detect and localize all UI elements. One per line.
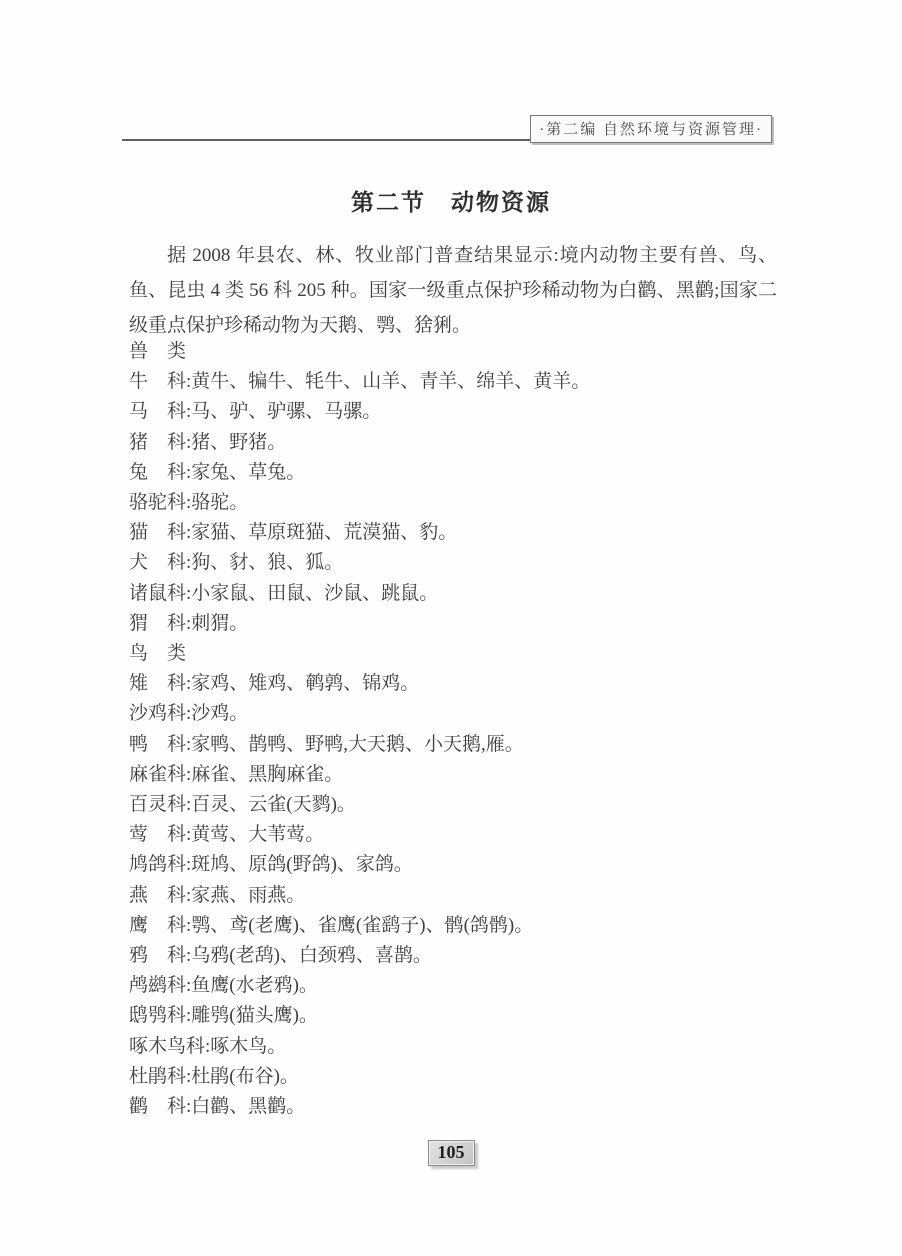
species-line: 杜鹃科:杜鹃(布谷)。: [129, 1062, 779, 1092]
header-rule: [122, 139, 530, 141]
species-line: 鸟 类: [129, 639, 779, 669]
species-line: 鸠鸽科:斑鸠、原鸽(野鸽)、家鸽。: [129, 850, 779, 880]
species-line: 马 科:马、驴、驴骡、马骡。: [129, 397, 779, 427]
section-title: 第二节 动物资源: [0, 184, 902, 217]
running-head-label: ·第二编 自然环境与资源管理·: [530, 115, 772, 143]
species-line: 猪 科:猪、野猪。: [129, 428, 779, 458]
species-line: 啄木鸟科:啄木鸟。: [129, 1032, 779, 1062]
species-line: 麻雀科:麻雀、黑胸麻雀。: [129, 760, 779, 790]
species-list: 兽 类牛 科:黄牛、犏牛、牦牛、山羊、青羊、绵羊、黄羊。马 科:马、驴、驴骡、马…: [129, 337, 779, 1122]
species-line: 猬 科:刺猬。: [129, 609, 779, 639]
page-number-row: 105: [0, 1140, 902, 1166]
species-line: 燕 科:家燕、雨燕。: [129, 881, 779, 911]
book-page: ·第二编 自然环境与资源管理· 第二节 动物资源 据 2008 年县农、林、牧业…: [0, 0, 902, 1256]
species-line: 百灵科:百灵、云雀(天鹨)。: [129, 790, 779, 820]
species-line: 雉 科:家鸡、雉鸡、鹌鹑、锦鸡。: [129, 669, 779, 699]
species-line: 鸭 科:家鸭、鹊鸭、野鸭,大天鹅、小天鹅,雁。: [129, 730, 779, 760]
species-line: 鸦 科:乌鸦(老鸹)、白颈鸦、喜鹊。: [129, 941, 779, 971]
intro-paragraph: 据 2008 年县农、林、牧业部门普查结果显示:境内动物主要有兽、鸟、鱼、昆虫 …: [129, 238, 777, 343]
page-number: 105: [428, 1140, 475, 1166]
species-line: 骆驼科:骆驼。: [129, 488, 779, 518]
species-line: 诸鼠科:小家鼠、田鼠、沙鼠、跳鼠。: [129, 579, 779, 609]
species-line: 鹰 科:鹗、鸢(老鹰)、雀鹰(雀鹞子)、鹘(鸽鹘)。: [129, 911, 779, 941]
species-line: 兔 科:家兔、草兔。: [129, 458, 779, 488]
species-line: 猫 科:家猫、草原斑猫、荒漠猫、豹。: [129, 518, 779, 548]
species-line: 鸱鸮科:雕鸮(猫头鹰)。: [129, 1001, 779, 1031]
species-line: 兽 类: [129, 337, 779, 367]
species-line: 鸬鹚科:鱼鹰(水老鸦)。: [129, 971, 779, 1001]
running-head: ·第二编 自然环境与资源管理·: [122, 115, 772, 143]
species-line: 沙鸡科:沙鸡。: [129, 699, 779, 729]
species-line: 牛 科:黄牛、犏牛、牦牛、山羊、青羊、绵羊、黄羊。: [129, 367, 779, 397]
species-line: 鹳 科:白鹳、黑鹳。: [129, 1092, 779, 1122]
species-line: 犬 科:狗、豺、狼、狐。: [129, 548, 779, 578]
species-line: 莺 科:黄莺、大苇莺。: [129, 820, 779, 850]
